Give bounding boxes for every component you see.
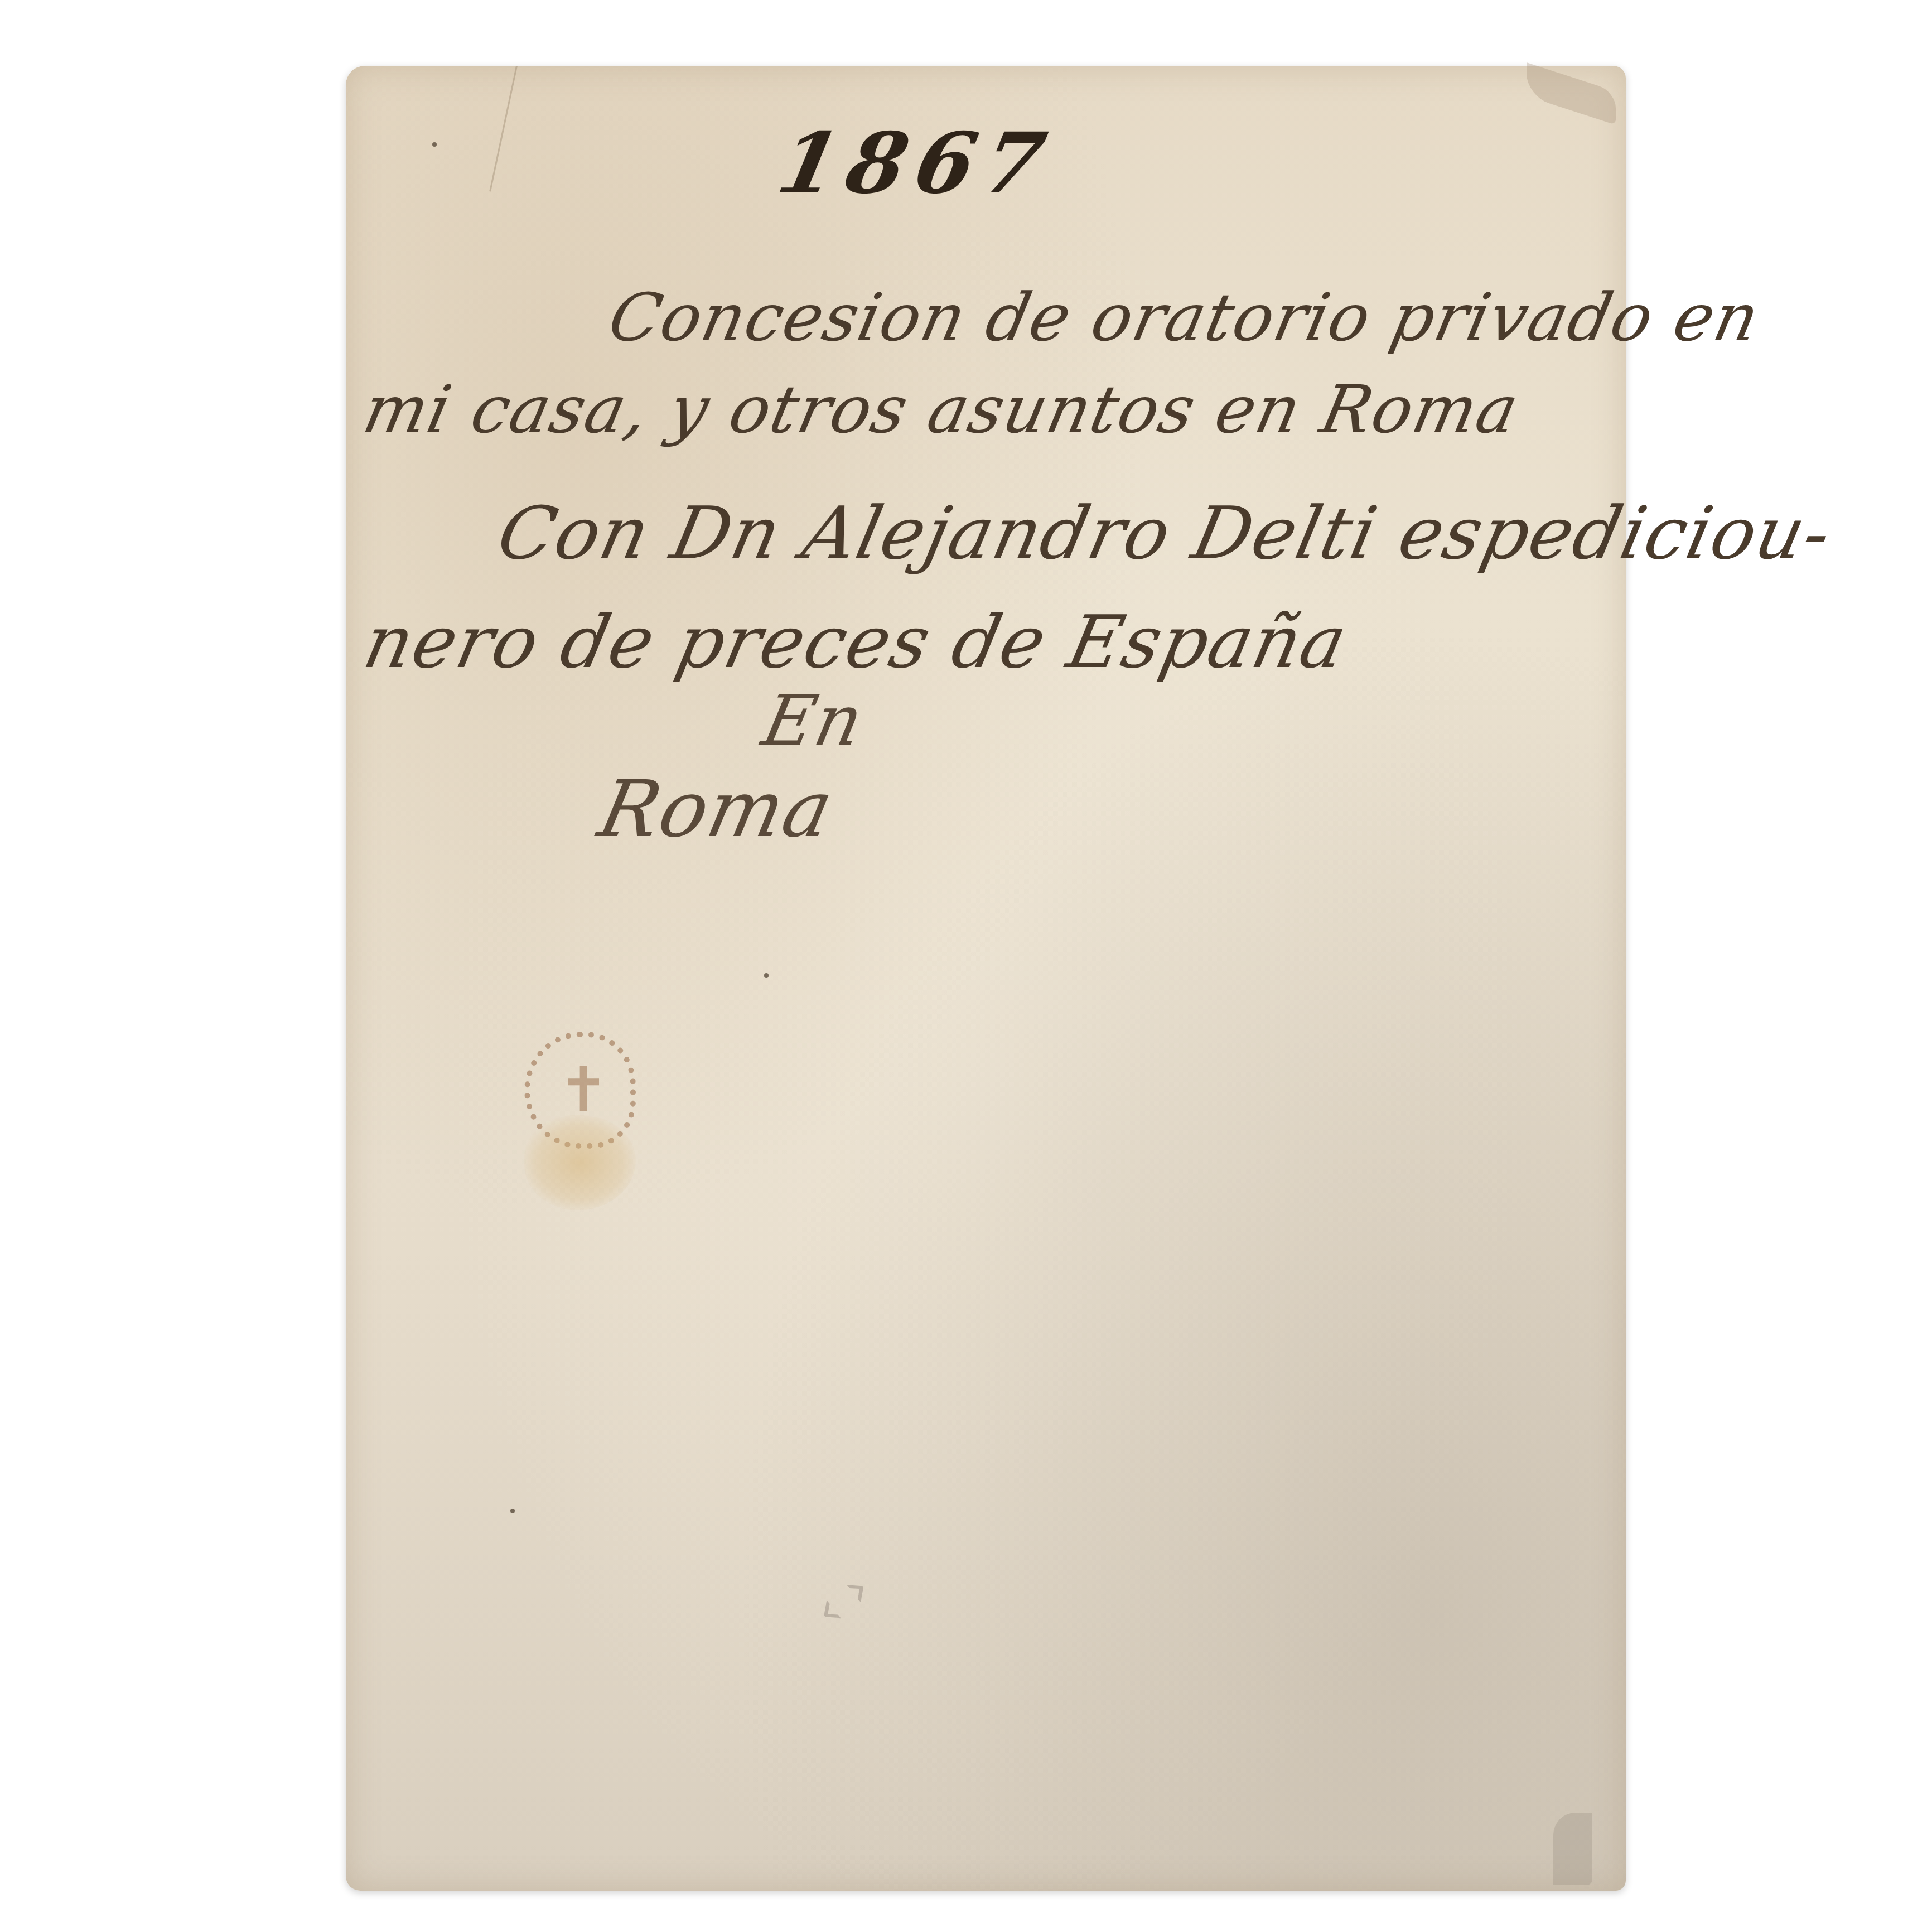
folded-corner-top-right (1527, 62, 1616, 125)
place-preposition: En (756, 680, 871, 761)
ink-speck (510, 1509, 515, 1513)
place-name: Roma (591, 764, 842, 855)
ink-speck (764, 973, 769, 978)
title-line-3: Con Dn Alejandro Delti espediciou- (491, 491, 1839, 576)
title-line-2: mi casa, y otros asuntos en Roma (357, 371, 1526, 448)
document-year: 1867 (770, 114, 1064, 212)
title-line-4: nero de preces de España (357, 600, 1355, 684)
folded-corner-bottom-right (1553, 1813, 1592, 1885)
paper-crease (489, 66, 518, 192)
stamp-glyph-icon: ✝ (558, 1054, 609, 1126)
ink-speck (432, 142, 437, 147)
title-line-1: Concesion de oratorio privado en (602, 279, 1767, 356)
